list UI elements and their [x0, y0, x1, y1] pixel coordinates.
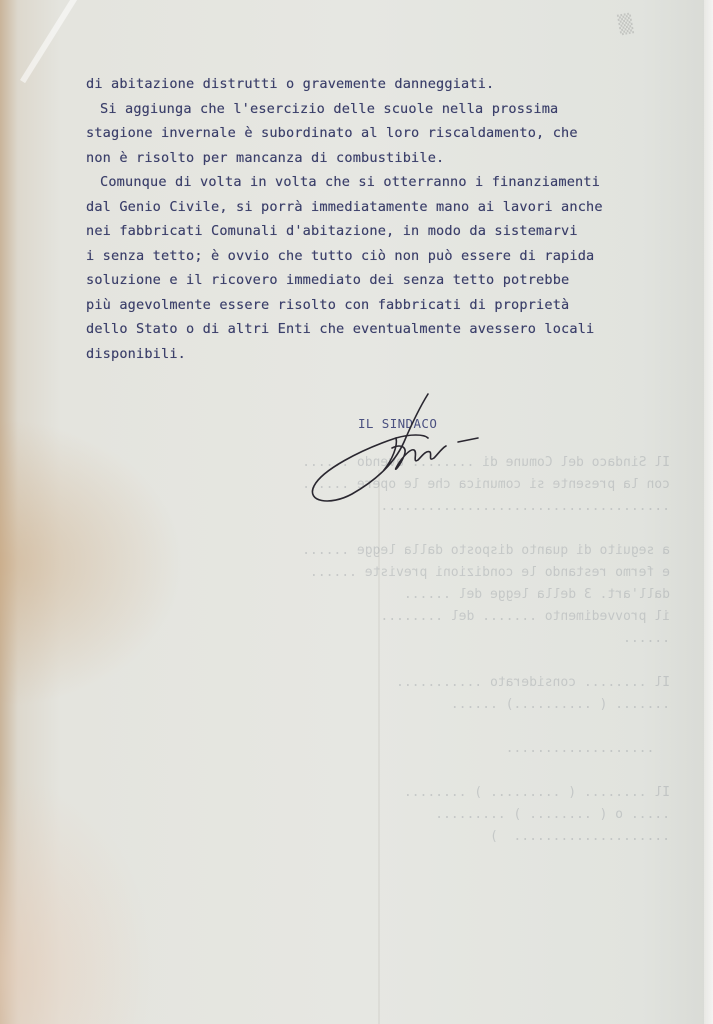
- text-line-8: i senza tetto; è ovvio che tutto ciò non…: [86, 244, 706, 269]
- text-line-2: Si aggiunga che l'esercizio delle scuole…: [86, 97, 706, 122]
- typed-letter-body: di abitazione distrutti o gravemente dan…: [86, 72, 706, 366]
- text-line-7: nei fabbricati Comunali d'abitazione, in…: [86, 219, 706, 244]
- text-line-3: stagione invernale è subordinato al loro…: [86, 121, 706, 146]
- text-line-10: più agevolmente essere risolto con fabbr…: [86, 293, 706, 318]
- text-line-9: soluzione e il ricovero immediato dei se…: [86, 268, 706, 293]
- text-line-1: di abitazione distrutti o gravemente dan…: [86, 72, 706, 97]
- text-line-12: disponibili.: [86, 342, 706, 367]
- handwritten-signature-icon: [300, 390, 520, 510]
- text-line-4: non è risolto per mancanza di combustibi…: [86, 146, 706, 171]
- text-line-6: dal Genio Civile, si porrà immediatament…: [86, 195, 706, 220]
- text-line-5: Comunque di volta in volta che si otterr…: [86, 170, 706, 195]
- text-line-11: dello Stato o di altri Enti che eventual…: [86, 317, 706, 342]
